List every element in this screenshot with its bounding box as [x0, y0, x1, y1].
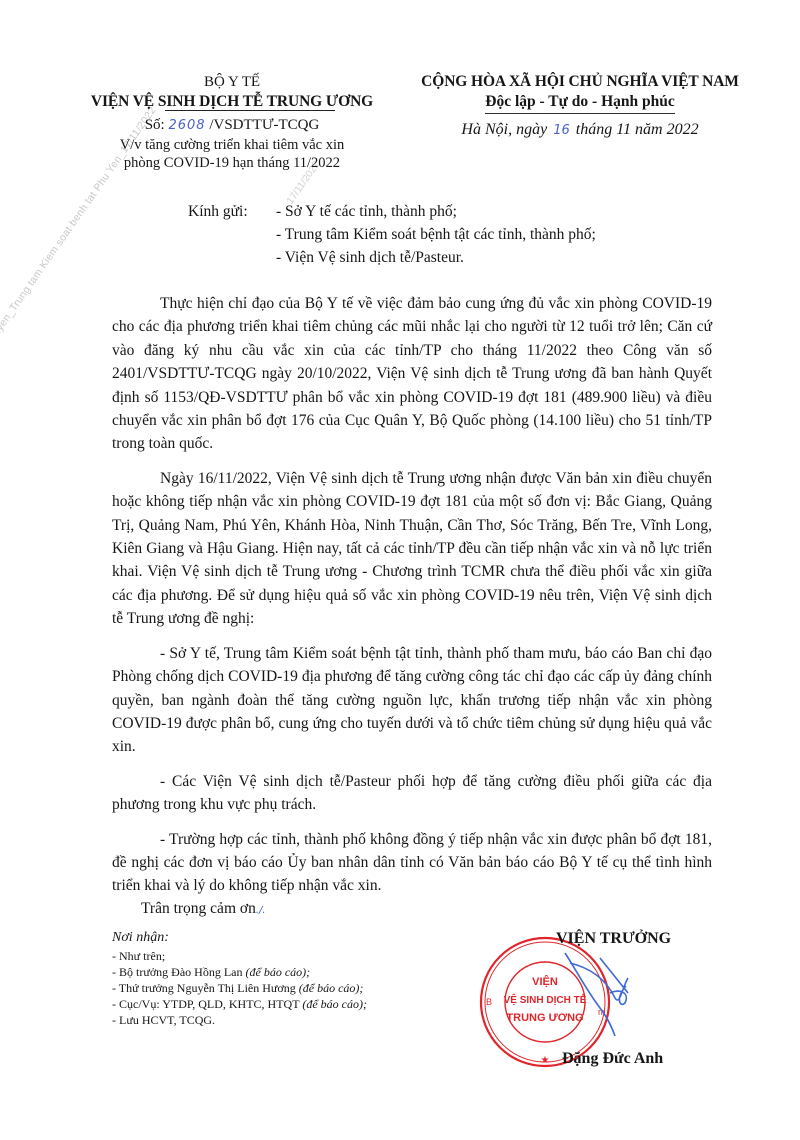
- addressees-label: Kính gửi:: [188, 200, 268, 223]
- body-paragraph: Thực hiện chỉ đạo của Bộ Y tế về việc đả…: [112, 292, 712, 456]
- document-page: ksbt.phuyen_Trung tam Kiem soat benh tat…: [0, 0, 800, 1140]
- svg-text:VIỆN: VIỆN: [532, 975, 558, 988]
- recipient-item: - Lưu HCVT, TCQG.: [112, 1012, 367, 1028]
- body-paragraph: - Các Viện Vệ sinh dịch tễ/Pasteur phối …: [112, 770, 712, 817]
- national-header: CỘNG HÒA XÃ HỘI CHỦ NGHĨA VIỆT NAM Độc l…: [400, 72, 760, 141]
- body-paragraph: - Trường hợp các tỉnh, thành phố không đ…: [112, 828, 712, 898]
- national-motto: Độc lập - Tự do - Hạnh phúc: [485, 92, 674, 114]
- letter-body: Thực hiện chỉ đạo của Bộ Y tế về việc đả…: [112, 292, 712, 909]
- recipient-item: - Bộ trưởng Đào Hồng Lan (để báo cáo);: [112, 964, 367, 980]
- subject-line-1: V/v tăng cường triển khai tiêm vắc xin: [72, 136, 392, 154]
- ministry-name: BỘ Y TẾ: [72, 72, 392, 92]
- addressee-item: - Trung tâm Kiểm soát bệnh tật các tỉnh,…: [276, 223, 596, 246]
- addressee-item: - Sở Y tế các tỉnh, thành phố;: [276, 200, 596, 223]
- document-number: Số: 2608 /VSDTTƯ-TCQG: [72, 115, 392, 136]
- issuer-header: BỘ Y TẾ VIỆN VỆ SINH DỊCH TỄ TRUNG ƯƠNG …: [72, 72, 392, 172]
- handwritten-signature: [560, 948, 640, 1038]
- signer-title: VIỆN TRƯỞNG: [556, 930, 671, 948]
- recipients-list: - Như trên;- Bộ trưởng Đào Hồng Lan (để …: [112, 948, 367, 1028]
- institute-name: VIỆN VỆ SINH DỊCH TỄ TRUNG ƯƠNG: [72, 92, 392, 112]
- svg-text:★: ★: [541, 1055, 550, 1066]
- recipients-title: Nơi nhận:: [112, 930, 367, 946]
- body-paragraph: - Sở Y tế, Trung tâm Kiểm soát bệnh tật …: [112, 642, 712, 759]
- subject-line-2: phòng COVID-19 hạn tháng 11/2022: [72, 154, 392, 172]
- addressees-list: - Sở Y tế các tỉnh, thành phố;- Trung tâ…: [276, 200, 596, 269]
- recipient-item: - Như trên;: [112, 948, 367, 964]
- header-underline: [165, 110, 335, 111]
- handwritten-number: 2608: [168, 118, 205, 133]
- closing: Trân trọng cảm ơn./.: [141, 900, 266, 918]
- addressee-item: - Viện Vệ sinh dịch tễ/Pasteur.: [276, 246, 596, 269]
- signer-name: Đặng Đức Anh: [562, 1050, 663, 1068]
- recipient-item: - Cục/Vụ: YTDP, QLD, KHTC, HTQT (để báo …: [112, 996, 367, 1012]
- recipients: Nơi nhận: - Như trên;- Bộ trưởng Đào Hồn…: [112, 930, 367, 1028]
- recipient-item: - Thứ trưởng Nguyễn Thị Liên Hương (để b…: [112, 980, 367, 996]
- handwritten-initials: ./.: [256, 905, 266, 916]
- addressees: Kính gửi: - Sở Y tế các tỉnh, thành phố;…: [188, 200, 596, 269]
- document-date: Hà Nội, ngày16tháng 11 năm 2022: [400, 120, 760, 141]
- body-paragraph: Ngày 16/11/2022, Viện Vệ sinh dịch tễ Tr…: [112, 467, 712, 631]
- handwritten-day: 16: [547, 123, 576, 138]
- nation-name: CỘNG HÒA XÃ HỘI CHỦ NGHĨA VIỆT NAM: [400, 72, 760, 92]
- svg-text:B: B: [486, 997, 492, 1007]
